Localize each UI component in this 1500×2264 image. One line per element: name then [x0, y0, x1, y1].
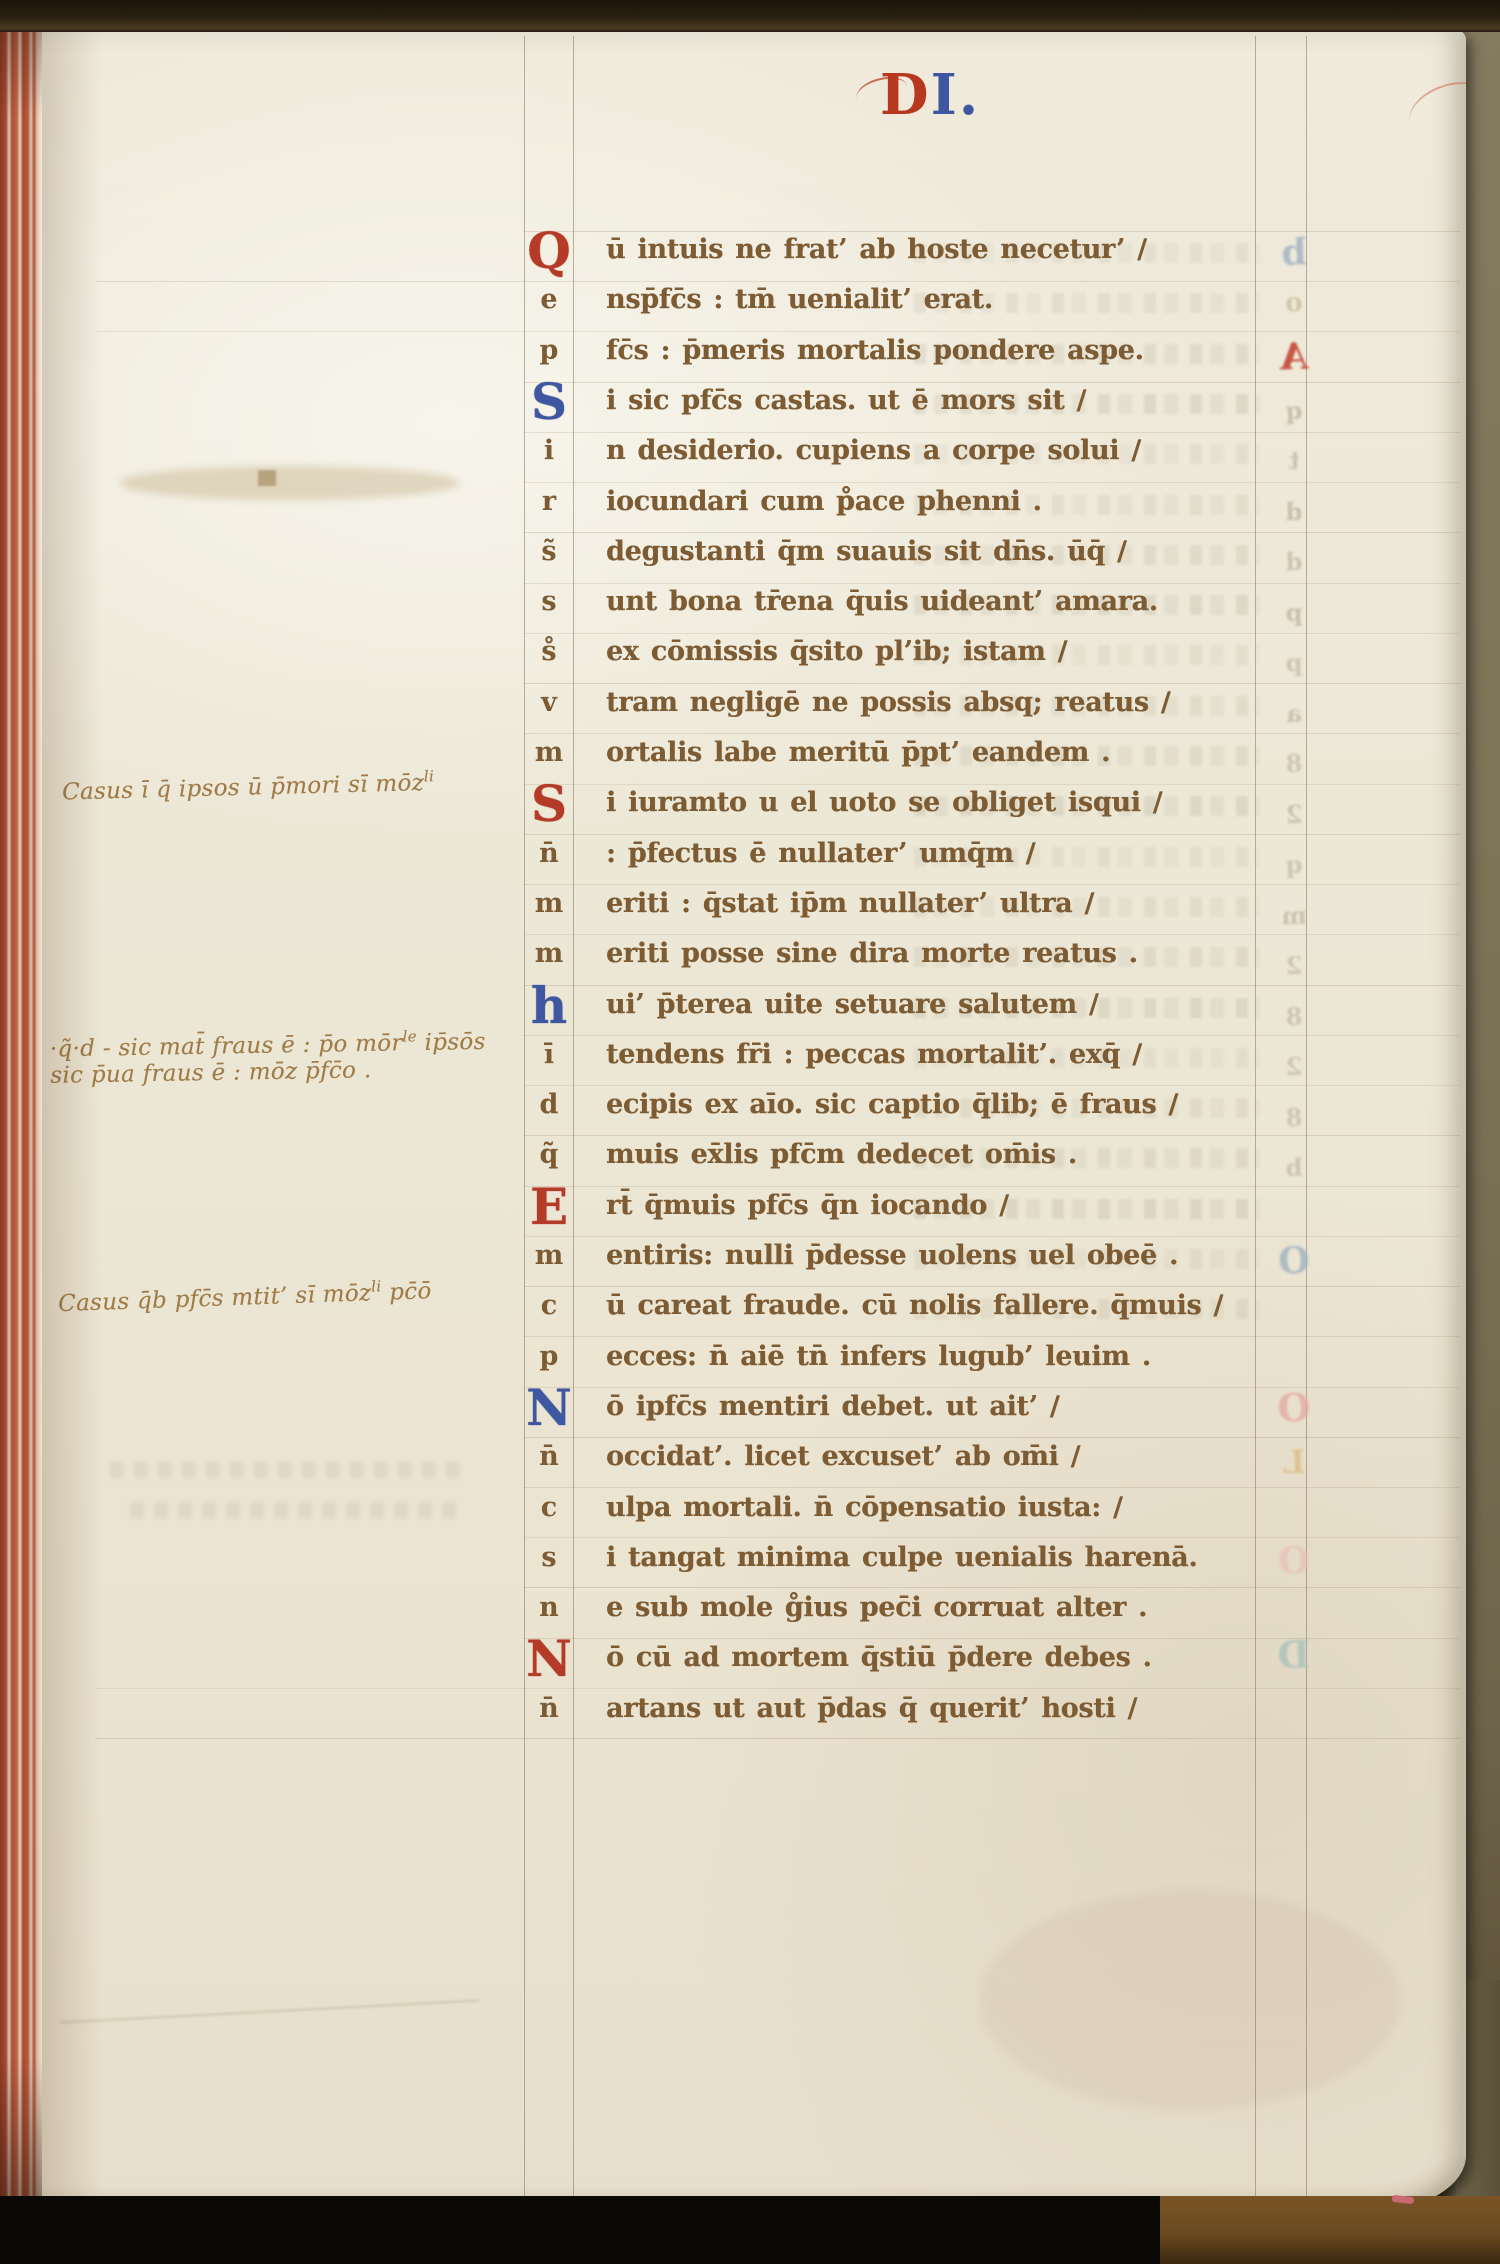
verse-initial: h: [512, 981, 586, 1031]
verse-line: Si sic pfc̄s castas. ut ē mors sit ∕: [14, 381, 1466, 431]
verse-text: ū careat fraude. cū nolis fallere. q̄m…: [606, 1290, 1223, 1321]
verse-text: ecces: n̄ aiē tn̄ infers lugub’ leuim .: [606, 1341, 1151, 1372]
verse-line: pfc̄s : p̄meris mortalis pondere aspe.: [14, 331, 1466, 381]
margin-annotation: ·q̃·d - sic mat̄ fraus ē : p̄o mōrle i…: [50, 1026, 487, 1088]
verse-line: riocundari cum p̊ace phenni .: [14, 482, 1466, 532]
verse-line: meriti posse sine dira morte reatus .: [14, 934, 1466, 984]
verse-line: in desiderio. cupiens a corpe solui ∕: [14, 431, 1466, 481]
verse-line: meriti : q̄stat ip̄m nullater’ ultra ∕: [14, 884, 1466, 934]
manuscript-photo: { "page": { "header": { "red_letter": "D…: [0, 0, 1500, 2264]
verse-initial: S: [512, 779, 586, 829]
verse-line: s̃degustanti q̄m suauis sit dn̄s. ūq̄ ∕: [14, 532, 1466, 582]
verse-text: ō cū ad mortem q̄stiū p̄dere debes .: [606, 1642, 1152, 1673]
verse-text: n desiderio. cupiens a corpe solui ∕: [606, 435, 1141, 466]
verse-line: n̄: p̄fectus ē nullater’ umq̄m ∕: [14, 834, 1466, 884]
verse-initial: S: [512, 377, 586, 427]
verse-line: pecces: n̄ aiē tn̄ infers lugub’ leuim …: [14, 1337, 1466, 1387]
verse-initial: e: [512, 286, 586, 313]
verse-initial: m: [512, 940, 586, 967]
verse-line: vtram negligē ne possis absq; reatus ∕: [14, 683, 1466, 733]
verse-text: eriti posse sine dira morte reatus .: [606, 938, 1138, 969]
verse-line: ne sub mole g̊ius pec̄i corruat alter .: [14, 1588, 1466, 1638]
verse-initial: s̊: [512, 638, 586, 665]
verse-text: ulpa mortali. n̄ cōpensatio iusta: ∕: [606, 1492, 1123, 1523]
verse-initial: s: [512, 588, 586, 615]
verse-initial: N: [512, 1383, 586, 1433]
verse-initial: c: [512, 1292, 586, 1319]
verse-text: tram negligē ne possis absq; reatus ∕: [606, 687, 1170, 718]
verse-line: Ert̄ q̄muis pfc̄s q̄n iocando ∕: [14, 1186, 1466, 1236]
verse-line: s̊ex cōmissis q̄sito pl’ib; istam ∕: [14, 632, 1466, 682]
verse-line: si tangat minima culpe uenialis harenā.: [14, 1538, 1466, 1588]
verse-line: q̃muis ex̄lis pfc̄m dedecet om̄is .: [14, 1135, 1466, 1185]
verse-initial: n̄: [512, 1443, 586, 1470]
verse-initial: n̄: [512, 1695, 586, 1722]
verse-line: culpa mortali. n̄ cōpensatio iusta: ∕: [14, 1488, 1466, 1538]
folio-letter-blue: I.: [931, 62, 981, 128]
verse-initial: q̃: [512, 1141, 586, 1168]
verse-initial: c: [512, 1494, 586, 1521]
verse-line: decipis ex aīo. sic captio q̄lib; ē fr…: [14, 1085, 1466, 1135]
verse-text: nsp̄fc̄s : tm̄ uenialit’ erat.: [606, 284, 993, 315]
verse-initial: m: [512, 1242, 586, 1269]
folio-number: DI.: [880, 62, 980, 142]
verse-line: n̄occidat’. licet excuset’ ab om̄i ∕: [14, 1437, 1466, 1487]
photo-background-bottom-dark: [0, 2196, 1160, 2264]
gutter-shadow: [42, 30, 102, 2210]
verse-line: Nō cū ad mortem q̄stiū p̄dere debes .: [14, 1638, 1466, 1688]
book-board-edge: [1160, 2196, 1500, 2264]
verse-text: ecipis ex aīo. sic captio q̄lib; ē fra…: [606, 1089, 1178, 1120]
verse-text: ortalis labe meritū p̄pt’ eandem .: [606, 737, 1110, 768]
verse-text: i sic pfc̄s castas. ut ē mors sit ∕: [606, 385, 1086, 416]
verse-text: fc̄s : p̄meris mortalis pondere aspe.: [606, 335, 1144, 366]
verse-text: i tangat minima culpe uenialis harenā.: [606, 1542, 1197, 1573]
verse-initial: m: [512, 739, 586, 766]
verse-text: ui’ p̄terea uite setuare salutem ∕: [606, 989, 1098, 1020]
verse-initial: v: [512, 689, 586, 716]
verse-text: iocundari cum p̊ace phenni .: [606, 486, 1042, 517]
manuscript-page: DI. boAqtddppa82qm2828bOOLOD Qū intuis n…: [14, 30, 1466, 2210]
book-gutter-page-edges: [0, 30, 42, 2210]
verse-initial: s: [512, 1544, 586, 1571]
verse-text: : p̄fectus ē nullater’ umq̄m ∕: [606, 838, 1035, 869]
verse-initial: s̃: [512, 538, 586, 565]
folio-letter-red: D: [880, 62, 931, 128]
photo-background-right: [1460, 0, 1500, 2264]
verse-line: Qū intuis ne frat’ ab hoste necetur’ ∕: [14, 230, 1466, 280]
verse-initial: r: [512, 488, 586, 515]
verse-initial: n: [512, 1594, 586, 1621]
verse-text: muis ex̄lis pfc̄m dedecet om̄is .: [606, 1139, 1077, 1170]
verse-text: ex cōmissis q̄sito pl’ib; istam ∕: [606, 636, 1067, 667]
verse-line: sunt bona tr̄ena q̄uis uideant’ amara.: [14, 582, 1466, 632]
verse-initial: m: [512, 890, 586, 917]
verse-initial: p: [512, 1343, 586, 1370]
verse-initial: i: [512, 437, 586, 464]
verse-initial: N: [512, 1634, 586, 1684]
verse-initial: d: [512, 1091, 586, 1118]
verse-line: mentiris: nulli p̄desse uolens uel obeē…: [14, 1236, 1466, 1286]
verse-text: ū intuis ne frat’ ab hoste necetur’ ∕: [606, 234, 1147, 265]
photo-background-top: [0, 0, 1500, 32]
verse-text: e sub mole g̊ius pec̄i corruat alter .: [606, 1592, 1147, 1623]
verse-text: tendens fr̄i : peccas mortalit’. exq̄ ∕: [606, 1039, 1142, 1070]
verse-text: entiris: nulli p̄desse uolens uel obeē …: [606, 1240, 1178, 1271]
verse-text: degustanti q̄m suauis sit dn̄s. ūq̄ ∕: [606, 536, 1127, 567]
verse-initial: p: [512, 337, 586, 364]
verse-line: n̄artans ut aut p̄das q̄ querit’ hosti ∕: [14, 1689, 1466, 1739]
verse-text: unt bona tr̄ena q̄uis uideant’ amara.: [606, 586, 1158, 617]
verse-text: i iuramto u el uoto se obliget isqui ∕: [606, 787, 1162, 818]
verse-initial: n̄: [512, 840, 586, 867]
verse-initial: E: [512, 1182, 586, 1232]
verse-text: artans ut aut p̄das q̄ querit’ hosti ∕: [606, 1693, 1137, 1724]
verse-initial: ī: [512, 1041, 586, 1068]
verse-line: Nō ipfc̄s mentiri debet. ut ait’ ∕: [14, 1387, 1466, 1437]
verse-text: rt̄ q̄muis pfc̄s q̄n iocando ∕: [606, 1190, 1009, 1221]
verse-text: eriti : q̄stat ip̄m nullater’ ultra ∕: [606, 888, 1094, 919]
verse-line: hui’ p̄terea uite setuare salutem ∕: [14, 985, 1466, 1035]
verse-initial: Q: [512, 226, 586, 276]
verse-text: ō ipfc̄s mentiri debet. ut ait’ ∕: [606, 1391, 1059, 1422]
verse-line: ensp̄fc̄s : tm̄ uenialit’ erat.: [14, 280, 1466, 330]
verse-text: occidat’. licet excuset’ ab om̄i ∕: [606, 1441, 1080, 1472]
